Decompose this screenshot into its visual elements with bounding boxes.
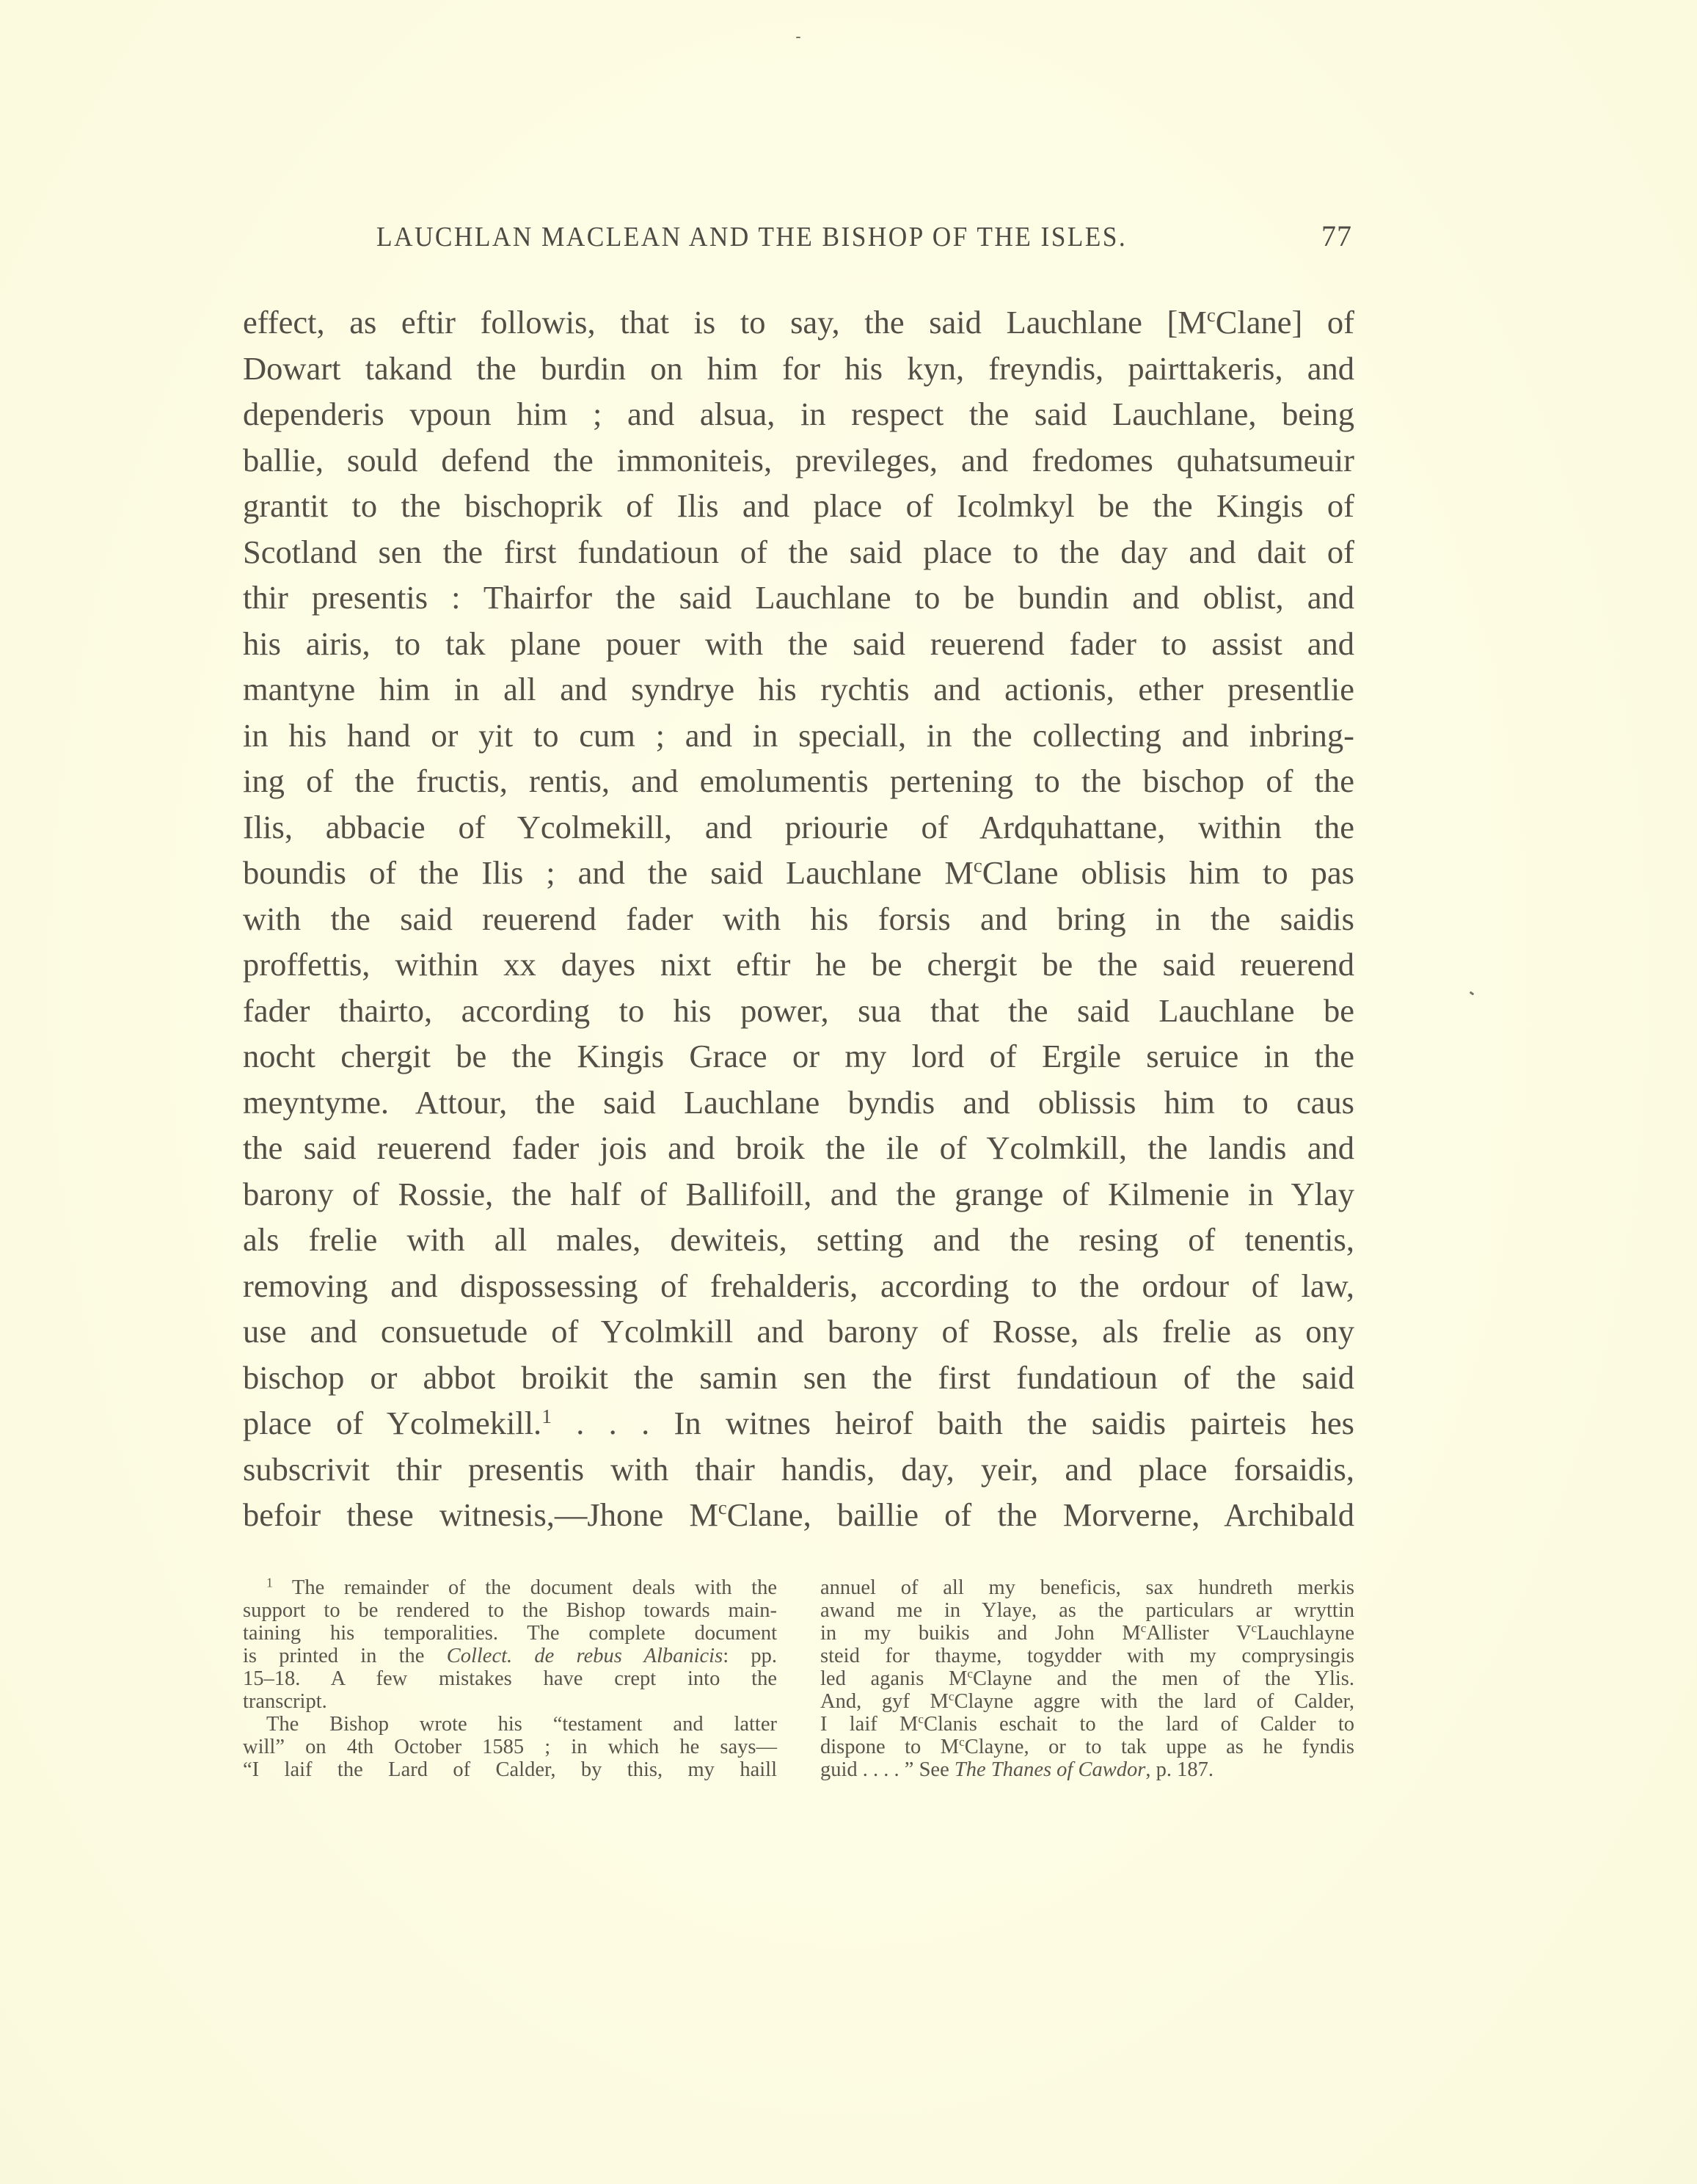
footnote-line: taining his temporalities. The complete … (243, 1622, 777, 1645)
body-line: dependeris vpoun him ; and alsua, in res… (243, 391, 1354, 437)
footnote-line: led aganis McClayne and the men of the Y… (820, 1667, 1354, 1690)
body-line: removing and dispossessing of frehalderi… (243, 1263, 1354, 1309)
footnote-line: support to be rendered to the Bishop tow… (243, 1599, 777, 1622)
footnote-line: steid for thayme, togydder with my compr… (820, 1645, 1354, 1667)
body-line: fader thairto, according to his power, s… (243, 988, 1354, 1034)
body-line: Scotland sen the first fundatioun of the… (243, 529, 1354, 575)
footnote-column-right: annuel of all my beneficis, sax hundreth… (820, 1576, 1354, 1781)
body-line: Ilis, abbacie of Ycolmekill, and priouri… (243, 804, 1354, 851)
footnote-line: 1 The remainder of the document deals wi… (243, 1576, 777, 1599)
body-line: place of Ycolmekill.1 . . . In witnes he… (243, 1400, 1354, 1446)
body-line: meyntyme. Attour, the said Lauchlane byn… (243, 1080, 1354, 1126)
italic-title: The Thanes of Cawdor (955, 1758, 1146, 1781)
italic-title: Collect. de rebus Albanicis (447, 1645, 723, 1667)
body-line: with the said reuerend fader with his fo… (243, 896, 1354, 942)
running-head: LAUCHLAN MACLEAN AND THE BISHOP OF THE I… (376, 219, 1352, 263)
body-line: his airis, to tak plane pouer with the s… (243, 621, 1354, 667)
body-text: effect, as eftir followis, that is to sa… (243, 299, 1354, 1538)
body-line: thir presentis : Thairfor the said Lauch… (243, 575, 1354, 621)
footnote-line: guid . . . . ” See The Thanes of Cawdor,… (820, 1758, 1354, 1781)
page-number: 77 (1321, 219, 1352, 253)
footnote-column-left: 1 The remainder of the document deals wi… (243, 1576, 777, 1781)
print-speck (1470, 991, 1475, 996)
footnote-reference[interactable]: 1 (541, 1405, 552, 1427)
footnote-line: in my buikis and John McAllister VcLauch… (820, 1622, 1354, 1645)
body-line: befoir these witnesis,—Jhone McClane, ba… (243, 1492, 1354, 1538)
running-title: LAUCHLAN MACLEAN AND THE BISHOP OF THE I… (376, 221, 1127, 253)
footnote-line: transcript. (243, 1690, 777, 1713)
body-line: bischop or abbot broikit the samin sen t… (243, 1355, 1354, 1401)
footnote-line: And, gyf McClayne aggre with the lard of… (820, 1690, 1354, 1713)
body-line: in his hand or yit to cum ; and in speci… (243, 713, 1354, 759)
body-line: Dowart takand the burdin on him for his … (243, 346, 1354, 392)
body-line: grantit to the bischoprik of Ilis and pl… (243, 483, 1354, 529)
footnote-line: dispone to McClayne, or to tak uppe as h… (820, 1736, 1354, 1758)
body-line: barony of Rossie, the half of Ballifoill… (243, 1171, 1354, 1217)
print-speck (796, 37, 800, 38)
body-line: mantyne him in all and syndrye his rycht… (243, 666, 1354, 713)
body-line: nocht chergit be the Kingis Grace or my … (243, 1033, 1354, 1080)
footnote-line: annuel of all my beneficis, sax hundreth… (820, 1576, 1354, 1599)
book-page: LAUCHLAN MACLEAN AND THE BISHOP OF THE I… (0, 0, 1697, 2184)
body-line: ing of the fructis, rentis, and emolumen… (243, 758, 1354, 804)
footnote-marker: 1 (266, 1575, 273, 1590)
footnote-line: is printed in the Collect. de rebus Alba… (243, 1645, 777, 1667)
body-line: use and consuetude of Ycolmkill and baro… (243, 1308, 1354, 1355)
body-line: effect, as eftir followis, that is to sa… (243, 299, 1354, 346)
body-line: boundis of the Ilis ; and the said Lauch… (243, 850, 1354, 896)
footnote-line: will” on 4th October 1585 ; in which he … (243, 1736, 777, 1758)
footnote-line: I laif McClanis eschait to the lard of C… (820, 1713, 1354, 1736)
body-line: subscrivit thir presentis with thair han… (243, 1446, 1354, 1493)
footnote-line: awand me in Ylaye, as the particulars ar… (820, 1599, 1354, 1622)
footnote-line: “I laif the Lard of Calder, by this, my … (243, 1758, 777, 1781)
footnotes: 1 The remainder of the document deals wi… (243, 1576, 1354, 1781)
body-line: ballie, sould defend the immoniteis, pre… (243, 437, 1354, 484)
footnote-line: The Bishop wrote his “testament and latt… (243, 1713, 777, 1736)
footnote-line: 15–18. A few mistakes have crept into th… (243, 1667, 777, 1690)
body-line: the said reuerend fader jois and broik t… (243, 1125, 1354, 1171)
body-line: proffettis, within xx dayes nixt eftir h… (243, 942, 1354, 988)
body-line: als frelie with all males, dewiteis, set… (243, 1217, 1354, 1263)
